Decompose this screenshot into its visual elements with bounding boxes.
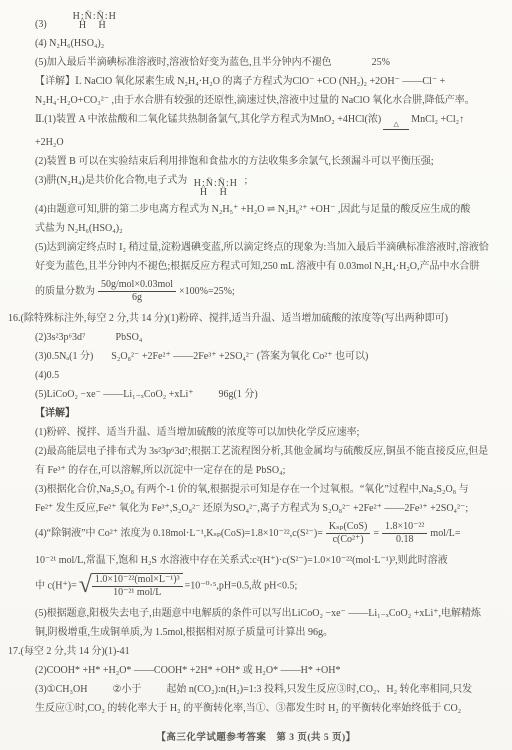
radical-sign: √ — [79, 573, 92, 597]
q16-answer2-config: (2)3s²3p⁶3d⁷ — [35, 332, 86, 343]
fraction-numerator: Kₛₚ(CoS) — [326, 521, 370, 534]
q16-detail4-post: mol/L= — [430, 528, 460, 539]
q15-detail-eq-cont: +2H₂O — [35, 136, 500, 149]
reaction-condition-arrow: △ — [383, 121, 409, 130]
q17-answer3-line2: 生反应①时,CO₂ 的转化率大于 H₂ 的平衡转化率,当①、③都发生时 H₂ 的… — [35, 702, 500, 715]
q16-answer3-line: (3)0.5Nₐ(1 分)S₂O₈²⁻ +2Fe²⁺ ——2Fe³⁺ +2SO₄… — [35, 350, 500, 363]
q16-detail5-line1: (5)根据题意,阳极失去电子,由题意中电解质的条件可以写出LiCoO₂ −xe⁻… — [35, 607, 500, 620]
q16-detail4-sqrt-line: 中 c(H⁺)=√1.0×10⁻²²(mol×L⁻¹)³10⁻²¹ mol/L=… — [35, 573, 500, 599]
q15-mass-fraction-pre: 的质量分数为 — [35, 286, 95, 297]
q17-answer3-line1: (3)①CH₃OH②小于起始 n(CO₂):n(H₂)=1:3 投料,只发生反应… — [35, 683, 500, 696]
q16-detail4-sqrt-post: =10⁻⁰·⁵,pH=0.5,故 pH<0.5; — [185, 580, 298, 591]
q16-answer3-equation: S₂O₈²⁻ +2Fe²⁺ ——2Fe³⁺ +2SO₄²⁻ (答案为氧化 Co²… — [111, 351, 368, 362]
q16-answer5-mass: 96g(1 分) — [219, 389, 258, 400]
equals-sign: = — [373, 528, 379, 539]
q15-answer5-score: 25% — [372, 57, 390, 68]
q16-detail4-sqrt-pre: 中 c(H⁺)= — [35, 580, 77, 591]
square-root-expression: √1.0×10⁻²²(mol×L⁻¹)³10⁻²¹ mol/L — [79, 573, 183, 599]
q17-answer2-line: (2)COOH* +H* +H₂O* ——COOH* +2H* +OH* 或 H… — [35, 664, 500, 677]
q15-detail-eq-line: Ⅱ.(1)装置 A 中浓盐酸和二氧化锰共热制备氯气,其化学方程式为MnO₂ +4… — [35, 113, 500, 130]
electron-dot-bottom-row: Ḧ Ḧ — [200, 188, 232, 197]
fraction-numerator: 1.0×10⁻²²(mol×L⁻¹)³ — [92, 574, 183, 587]
sqrt-fraction: 1.0×10⁻²²(mol×L⁻¹)³10⁻²¹ mol/L — [92, 573, 183, 599]
q16-answer4-line: (4)0.5 — [35, 369, 500, 382]
q15-answer4-line: (4) N₂H₆(HSO₄)₂ — [35, 37, 500, 50]
q16-detail-label: 【详解】 — [35, 407, 500, 420]
fraction-numerator: 50g/mol×0.03mol — [98, 279, 176, 292]
q15-answer3-line: (3) H:N̈:N̈:H Ḧ Ḧ — [35, 12, 502, 30]
q16-answer5-electrode-eq: (5)LiCoO₂ −xe⁻ ——Li₁₋ₓCoO₂ +xLi⁺ — [35, 389, 194, 400]
electron-dot-bottom-row: Ḧ Ḧ — [79, 21, 111, 30]
q15-detail3-pre: (3)肼(N₂H₄)是共价化合物,电子式为 — [35, 175, 187, 186]
q15-answer3-label: (3) — [35, 19, 47, 30]
q16-detail4-pre: (4)“除铜液”中 Co²⁺ 浓度为 0.18mol·L⁻¹,Kₛₚ(CoS)=… — [35, 528, 323, 539]
hydrazine-electron-dot-structure: H:N̈:N̈:H Ḧ Ḧ — [73, 12, 117, 30]
fraction-denominator: 6g — [129, 292, 145, 304]
q16-answer2-precipitate: PbSO₄ — [116, 332, 143, 343]
q15-detail3-line: (3)肼(N₂H₄)是共价化合物,电子式为 H:N̈:N̈:H Ḧ Ḧ ; — [35, 174, 500, 197]
q16-detail3-line1: (3)根据化合价,Na₂S₂O₈ 有两个-1 价的氧,根据提示可知是存在一个过氧… — [35, 483, 500, 496]
q15-answer5-text: (5)加入最后半滴碘标准溶液时,溶液恰好变为蓝色,且半分钟内不褪色 — [35, 57, 332, 68]
q16-answer5-line: (5)LiCoO₂ −xe⁻ ——Li₁₋ₓCoO₂ +xLi⁺96g(1 分) — [35, 388, 500, 401]
q16-answer3-moles: (3)0.5Nₐ(1 分) — [35, 351, 93, 362]
q16-detail5-line2: 铜,阴极增重,生成铜单质,为 1.5mol,根据相对原子质量可计算出 96g。 — [35, 626, 500, 639]
q15-detail-eq-post: MnCl₂ +Cl₂↑ — [411, 114, 464, 125]
q15-mass-fraction-line: 的质量分数为50g/mol×0.03mol6g×100%=25%; — [35, 279, 500, 304]
q17-answer3-blank1: (3)①CH₃OH — [35, 684, 87, 695]
q15-detail5-line2: 好变为蓝色,且半分钟内不褪色;根据反应方程式可知,250 mL 溶液中有 0.0… — [35, 260, 500, 273]
ksp-fraction: Kₛₚ(CoS)c(Co²⁺) — [326, 521, 370, 546]
delta-heat-symbol: △ — [394, 121, 399, 128]
hydrazine-electron-dot-structure: H:N̈:N̈:H Ḧ Ḧ — [194, 179, 238, 197]
q16-detail3-line2: Fe²⁺ 发生反应,Fe²⁺ 氧化为 Fe³⁺,S₂O₈²⁻ 还原为SO₄²⁻,… — [35, 502, 500, 515]
q17-answer1-line: 17.(每空 2 分,共 14 分)(1)-41 — [8, 645, 500, 658]
q15-mass-fraction-post: ×100%=25%; — [179, 286, 235, 297]
q16-detail2-line2: 有 Fe³⁺ 的存在,可以溶解,所以沉淀中一定存在的是 PbSO₄; — [35, 464, 500, 477]
q17-answer3-explain-start: 起始 n(CO₂):n(H₂)=1:3 投料,只发生反应③时,CO₂、H₂ 转化… — [166, 684, 472, 695]
reaction-arrow-bar — [383, 129, 409, 130]
fraction-denominator: 0.18 — [393, 534, 417, 546]
fraction-denominator: 10⁻²¹ mol/L — [110, 587, 164, 599]
mass-fraction-fraction: 50g/mol×0.03mol6g — [98, 279, 176, 304]
q16-detail4-ksp-line: (4)“除铜液”中 Co²⁺ 浓度为 0.18mol·L⁻¹,Kₛₚ(CoS)=… — [35, 521, 500, 546]
q15-detail-eq-pre: Ⅱ.(1)装置 A 中浓盐酸和二氧化锰共热制备氯气,其化学方程式为MnO₂ +4… — [35, 114, 381, 125]
q16-answer1-line: 16.(除特殊标注外,每空 2 分,共 14 分)(1)粉碎、搅拌,适当升温、适… — [8, 312, 500, 325]
fraction-numerator: 1.8×10⁻²² — [382, 521, 427, 534]
q16-detail1-line: (1)粉碎、搅拌、适当升温、适当增加硫酸的浓度等可以加快化学反应速率; — [35, 426, 500, 439]
q17-answer3-blank2: ②小于 — [112, 684, 141, 695]
q15-detail5-line1: (5)达到滴定终点时 I₂ 稍过量,淀粉遇碘变蓝,所以滴定终点的现象为:当加入最… — [35, 241, 500, 254]
q16-answer2-line: (2)3s²3p⁶3d⁷PbSO₄ — [35, 331, 500, 344]
value-fraction: 1.8×10⁻²²0.18 — [382, 521, 427, 546]
q15-detail-intro-line2: N₂H₄·H₂O+CO₃²⁻ ,由于水合肼有较强的还原性,滴速过快,溶液中过量的… — [35, 94, 500, 107]
q15-detail-intro-line1: 【详解】Ⅰ. NaClO 氧化尿素生成 N₂H₄·H₂O 的离子方程式为ClO⁻… — [35, 75, 500, 88]
page-footer: 【高三化学试题参考答案 第 3 页(共 5 页)】 — [0, 729, 512, 743]
q15-detail2-line: (2)装置 B 可以在实验结束后利用排饱和食盐水的方法收集多余氯气,长颈漏斗可以… — [35, 155, 500, 168]
q15-detail4-line1: (4)由题意可知,肼的第二步电离方程式为 N₂H₅⁺ +H₂O ⇌ N₂H₆²⁺… — [35, 203, 500, 216]
q15-answer5-line: (5)加入最后半滴碘标准溶液时,溶液恰好变为蓝色,且半分钟内不褪色25% — [35, 56, 500, 69]
exam-answer-page: (3) H:N̈:N̈:H Ḧ Ḧ (4) N₂H₆(HSO₄)₂ (5)加入最… — [0, 0, 512, 750]
q16-detail2-line1: (2)最高能层电子排布式为 3s²3p⁶3d⁷;根据工艺流程图分析,其他金属均与… — [35, 445, 500, 458]
q15-detail4-line2: 式盐为 N₂H₆(HSO₄)₂ — [35, 222, 500, 235]
fraction-denominator: c(Co²⁺) — [330, 534, 367, 546]
q15-detail3-post: ; — [244, 175, 247, 186]
q16-detail4-line2: 10⁻²¹ mol/L,常温下,饱和 H₂S 水溶液中存在关系式:c²(H⁺)·… — [35, 554, 500, 567]
